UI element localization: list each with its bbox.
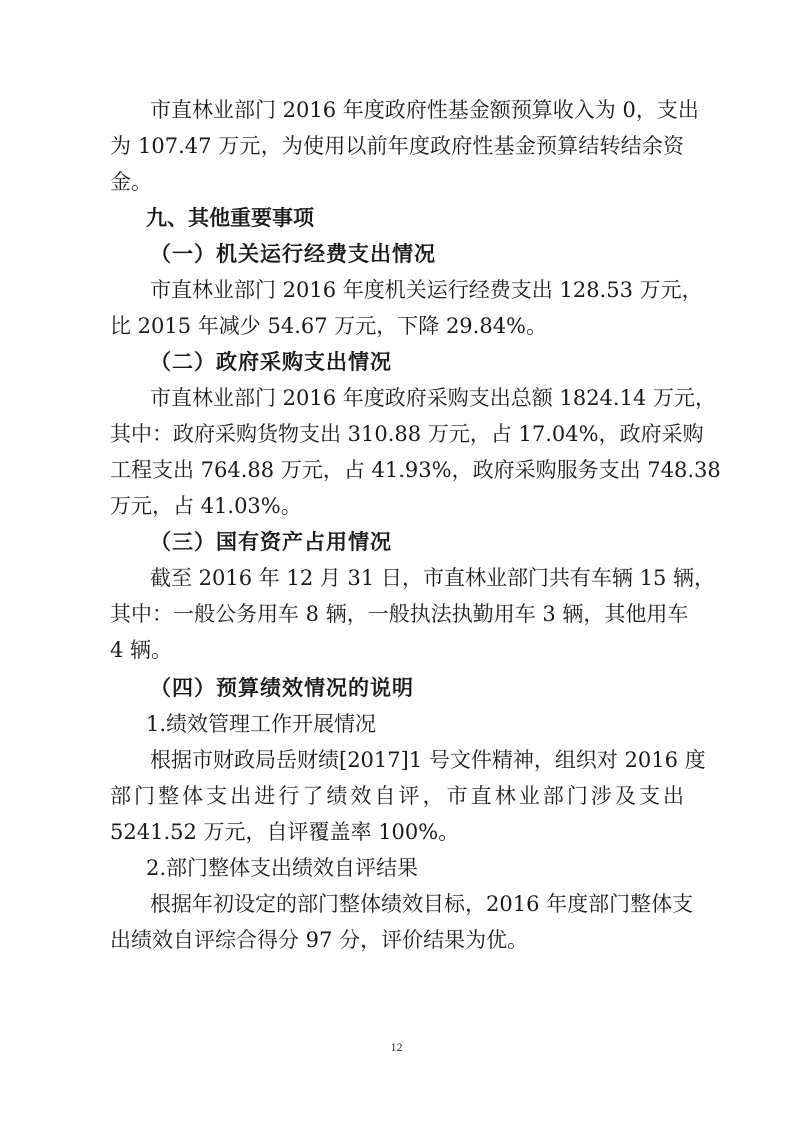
body-line: 其中：政府采购货物支出 310.88 万元，占 17.04%，政府采购: [110, 416, 684, 452]
body-line: 金。: [110, 164, 684, 200]
body-line: 根据市财政局岳财绩[2017]1 号文件精神，组织对 2016 度: [150, 742, 684, 778]
item-heading: 2.部门整体支出绩效自评结果: [146, 850, 720, 886]
body-line: 市直林业部门 2016 年度政府性基金额预算收入为 0，支出: [150, 92, 684, 128]
body-line: 截至 2016 年 12 月 31 日，市直林业部门共有车辆 15 辆，: [150, 560, 684, 596]
body-line: 万元，占 41.03%。: [110, 488, 684, 524]
body-line: 比 2015 年减少 54.67 万元，下降 29.84%。: [110, 308, 684, 344]
body-line: 部门整体支出进行了绩效自评，市直林业部门涉及支出: [110, 778, 684, 814]
document-page: 市直林业部门 2016 年度政府性基金额预算收入为 0，支出 为 107.47 …: [0, 0, 793, 1122]
body-line: 其中：一般公务用车 8 辆，一般执法执勤用车 3 辆，其他用车: [110, 596, 684, 632]
subsection-heading: （三）国有资产占用情况: [150, 524, 724, 560]
body-line: 根据年初设定的部门整体绩效目标，2016 年度部门整体支: [150, 886, 684, 922]
body-line: 为 107.47 万元，为使用以前年度政府性基金预算结转结余资: [110, 128, 684, 164]
body-line: 工程支出 764.88 万元，占 41.93%，政府采购服务支出 748.38: [110, 452, 684, 488]
subsection-heading: （四）预算绩效情况的说明: [150, 670, 724, 706]
section-heading: 九、其他重要事项: [146, 200, 720, 236]
body-line: 市直林业部门 2016 年度政府采购支出总额 1824.14 万元，: [150, 380, 684, 416]
page-number: 12: [0, 1040, 793, 1055]
body-line: 5241.52 万元，自评覆盖率 100%。: [110, 814, 684, 850]
item-heading: 1.绩效管理工作开展情况: [146, 706, 720, 742]
body-line: 出绩效自评综合得分 97 分，评价结果为优。: [110, 922, 684, 958]
body-line: 市直林业部门 2016 年度机关运行经费支出 128.53 万元，: [150, 272, 684, 308]
subsection-heading: （二）政府采购支出情况: [150, 344, 724, 380]
subsection-heading: （一）机关运行经费支出情况: [150, 236, 724, 272]
body-line: 4 辆。: [110, 632, 684, 668]
